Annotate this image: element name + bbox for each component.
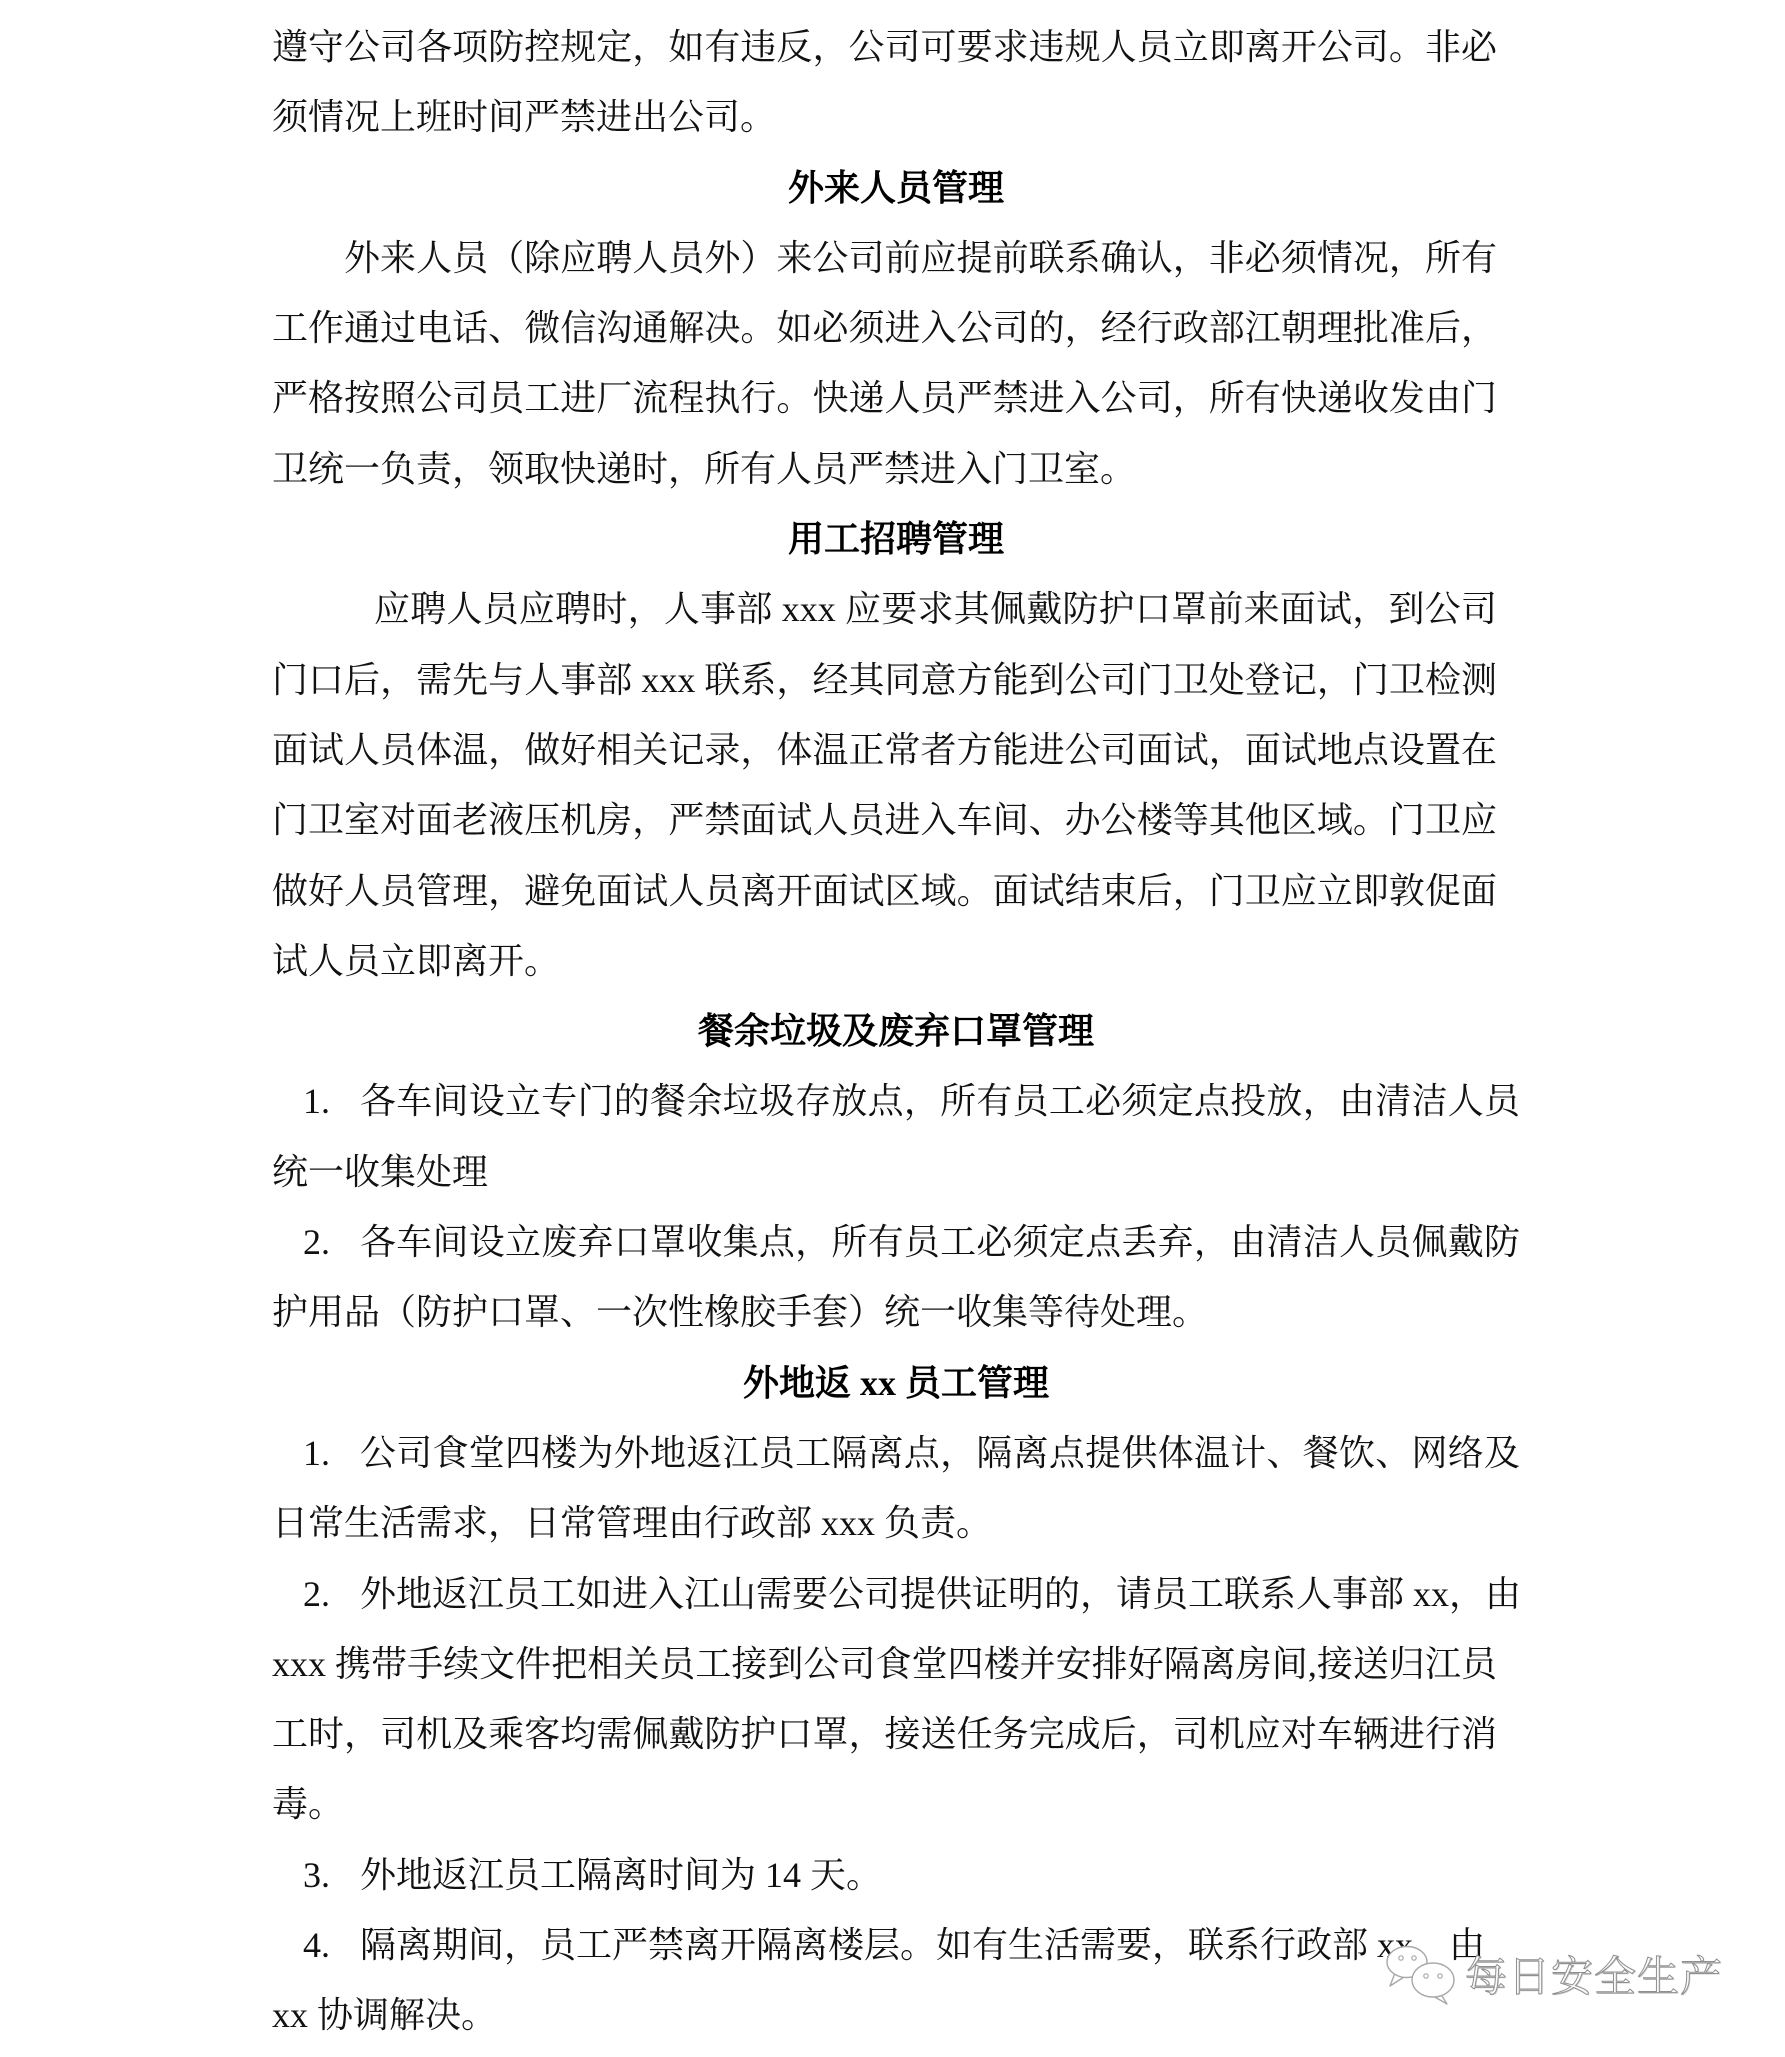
text-line: 卫统一负责，领取快递时，所有人员严禁进入门卫室。 — [272, 434, 1520, 504]
text-line: 统一收集处理 — [272, 1137, 1520, 1207]
section-paragraph: 应聘人员应聘时，人事部 xxx 应要求其佩戴防护口罩前来面试，到公司 门口后，需… — [272, 574, 1520, 996]
text-line: xx 协调解决。 — [272, 1980, 1520, 2050]
text-line: 应聘人员应聘时，人事部 xxx 应要求其佩戴防护口罩前来面试，到公司 — [272, 574, 1497, 644]
section-heading: 外来人员管理 — [272, 153, 1520, 223]
list-item-first-line: 3. 外地返江员工隔离时间为 14 天。 — [272, 1840, 1520, 1910]
list-item-text: 各车间设立废弃口罩收集点，所有员工必须定点丢弃，由清洁人员佩戴防 — [360, 1207, 1520, 1277]
section-returning-staff-management: 外地返 xx 员工管理 1. 公司食堂四楼为外地返江员工隔离点，隔离点提供体温计… — [272, 1348, 1520, 2051]
list-item-first-line: 2. 各车间设立废弃口罩收集点，所有员工必须定点丢弃，由清洁人员佩戴防 — [272, 1207, 1520, 1277]
text-line: 门口后，需先与人事部 xxx 联系，经其同意方能到公司门卫处登记，门卫检测 — [272, 645, 1497, 715]
list-item-text: 隔离期间，员工严禁离开隔离楼层。如有生活需要，联系行政部 xx，由 — [360, 1910, 1520, 1980]
text-line: 护用品（防护口罩、一次性橡胶手套）统一收集等待处理。 — [272, 1277, 1520, 1347]
list-number: 2. — [303, 1559, 330, 1629]
list-item-text: 各车间设立专门的餐余垃圾存放点，所有员工必须定点投放，由清洁人员 — [360, 1066, 1520, 1136]
wechat-icon — [1383, 1944, 1457, 2008]
list-item: 2. 外地返江员工如进入江山需要公司提供证明的，请员工联系人事部 xx，由 xx… — [272, 1559, 1520, 1840]
text-line: 遵守公司各项防控规定，如有违反，公司可要求违规人员立即离开公司。非必 — [272, 12, 1497, 82]
list-number: 4. — [303, 1910, 330, 1980]
text-line: 做好人员管理，避免面试人员离开面试区域。面试结束后，门卫应立即敦促面 — [272, 856, 1497, 926]
list-number: 1. — [303, 1066, 330, 1136]
list-item-text: 公司食堂四楼为外地返江员工隔离点，隔离点提供体温计、餐饮、网络及 — [360, 1418, 1520, 1488]
text-line: 试人员立即离开。 — [272, 926, 1520, 996]
section-heading: 餐余垃圾及废弃口罩管理 — [272, 996, 1520, 1066]
watermark-text: 每日安全生产 — [1465, 1955, 1723, 1999]
list-item-text: 外地返江员工如进入江山需要公司提供证明的，请员工联系人事部 xx，由 — [360, 1559, 1520, 1629]
list-item-first-line: 4. 隔离期间，员工严禁离开隔离楼层。如有生活需要，联系行政部 xx，由 — [272, 1910, 1520, 1980]
section-waste-mask-management: 餐余垃圾及废弃口罩管理 1. 各车间设立专门的餐余垃圾存放点，所有员工必须定点投… — [272, 996, 1520, 1347]
list-item-text: 外地返江员工隔离时间为 14 天。 — [360, 1840, 1520, 1910]
text-line: xxx 携带手续文件把相关员工接到公司食堂四楼并安排好隔离房间,接送归江员 — [272, 1629, 1497, 1699]
document-page: 遵守公司各项防控规定，如有违反，公司可要求违规人员立即离开公司。非必 须情况上班… — [0, 0, 1785, 2057]
continued-paragraph: 遵守公司各项防控规定，如有违反，公司可要求违规人员立即离开公司。非必 须情况上班… — [272, 12, 1520, 153]
text-line: 面试人员体温，做好相关记录，体温正常者方能进公司面试，面试地点设置在 — [272, 715, 1497, 785]
list-number: 1. — [303, 1418, 330, 1488]
section-visitor-management: 外来人员管理 外来人员（除应聘人员外）来公司前应提前联系确认，非必须情况，所有 … — [272, 153, 1520, 504]
list-item: 4. 隔离期间，员工严禁离开隔离楼层。如有生活需要，联系行政部 xx，由 xx … — [272, 1910, 1520, 2051]
section-heading: 外地返 xx 员工管理 — [272, 1348, 1520, 1418]
list-item-first-line: 2. 外地返江员工如进入江山需要公司提供证明的，请员工联系人事部 xx，由 — [272, 1559, 1520, 1629]
text-line: 门卫室对面老液压机房，严禁面试人员进入车间、办公楼等其他区域。门卫应 — [272, 785, 1497, 855]
section-heading: 用工招聘管理 — [272, 504, 1520, 574]
text-line: 日常生活需求，日常管理由行政部 xxx 负责。 — [272, 1488, 1520, 1558]
section-paragraph: 外来人员（除应聘人员外）来公司前应提前联系确认，非必须情况，所有 工作通过电话、… — [272, 223, 1520, 504]
text-line: 毒。 — [272, 1769, 1520, 1839]
list-item-first-line: 1. 各车间设立专门的餐余垃圾存放点，所有员工必须定点投放，由清洁人员 — [272, 1066, 1520, 1136]
text-line: 须情况上班时间严禁进出公司。 — [272, 82, 1520, 152]
list-item: 3. 外地返江员工隔离时间为 14 天。 — [272, 1840, 1520, 1910]
text-line: 外来人员（除应聘人员外）来公司前应提前联系确认，非必须情况，所有 — [272, 223, 1497, 293]
list-item: 1. 公司食堂四楼为外地返江员工隔离点，隔离点提供体温计、餐饮、网络及 日常生活… — [272, 1418, 1520, 1559]
text-line: 严格按照公司员工进厂流程执行。快递人员严禁进入公司，所有快递收发由门 — [272, 363, 1497, 433]
list-number: 2. — [303, 1207, 330, 1277]
list-item: 2. 各车间设立废弃口罩收集点，所有员工必须定点丢弃，由清洁人员佩戴防 护用品（… — [272, 1207, 1520, 1348]
list-item: 1. 各车间设立专门的餐余垃圾存放点，所有员工必须定点投放，由清洁人员 统一收集… — [272, 1066, 1520, 1207]
list-number: 3. — [303, 1840, 330, 1910]
text-line: 工作通过电话、微信沟通解决。如必须进入公司的，经行政部江朝理批准后， — [272, 293, 1497, 363]
section-recruitment-management: 用工招聘管理 应聘人员应聘时，人事部 xxx 应要求其佩戴防护口罩前来面试，到公… — [272, 504, 1520, 996]
document-body: 遵守公司各项防控规定，如有违反，公司可要求违规人员立即离开公司。非必 须情况上班… — [272, 12, 1520, 2051]
text-line: 工时，司机及乘客均需佩戴防护口罩，接送任务完成后，司机应对车辆进行消 — [272, 1699, 1497, 1769]
list-item-first-line: 1. 公司食堂四楼为外地返江员工隔离点，隔离点提供体温计、餐饮、网络及 — [272, 1418, 1520, 1488]
